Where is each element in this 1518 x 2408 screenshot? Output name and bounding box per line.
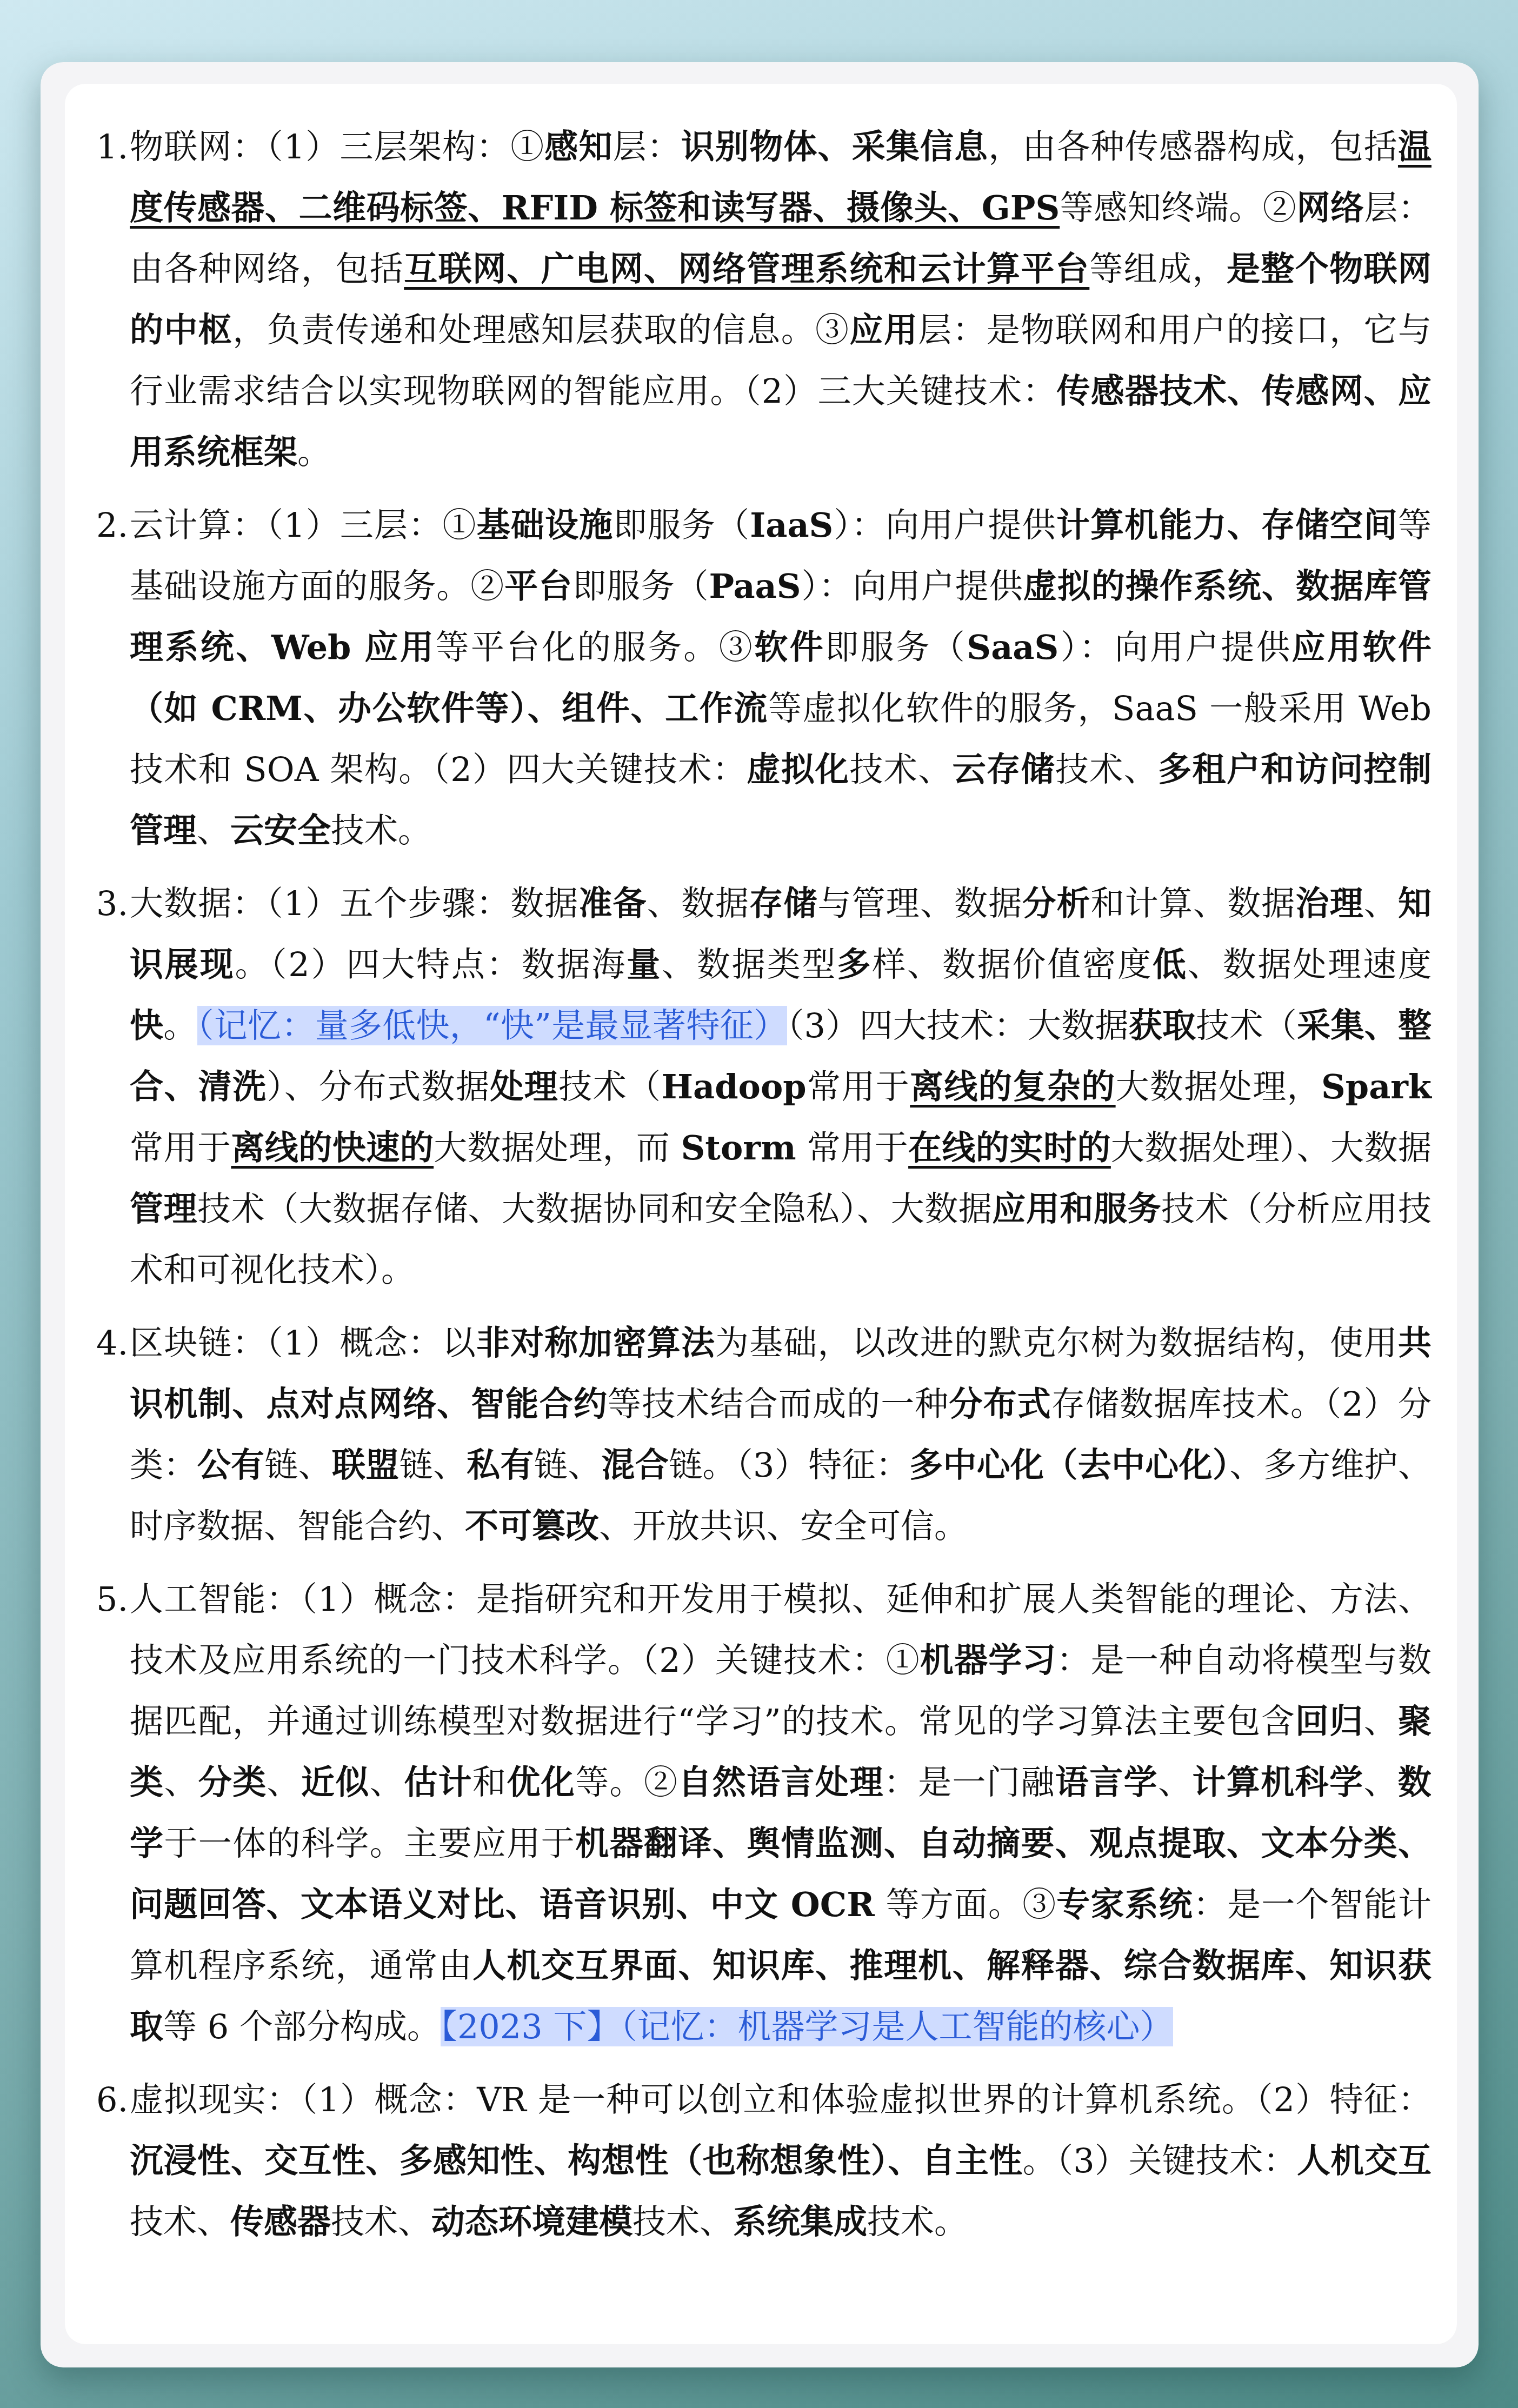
bold-term: 平台 bbox=[504, 566, 572, 606]
bold-term: 基础设施 bbox=[477, 505, 614, 545]
text-segment: 常用于 bbox=[796, 1128, 909, 1168]
item-number: 6. bbox=[96, 2069, 128, 2130]
bold-term: 传感器 bbox=[230, 2202, 331, 2242]
bold-term: 网络 bbox=[1296, 188, 1364, 228]
item-number: 4. bbox=[96, 1312, 128, 1373]
list-item-cloud-computing: 2.云计算：（1）三层：①基础设施即服务（IaaS）：向用户提供计算机能力、存储… bbox=[96, 495, 1432, 861]
bold-term: 治理 bbox=[1296, 884, 1364, 923]
text-segment: 为基础，以改进的默克尔树为数据结构，使用 bbox=[715, 1323, 1398, 1363]
bold-term: 准备 bbox=[578, 884, 647, 923]
text-segment: ）：向用户提供 bbox=[833, 505, 1056, 545]
bold-term: IaaS bbox=[750, 505, 833, 545]
bold-term: 管理 bbox=[130, 1189, 197, 1229]
text-segment: 、 bbox=[1364, 1702, 1398, 1741]
text-segment: 、数据类型 bbox=[662, 945, 837, 984]
item-body: 云计算：（1）三层：①基础设施即服务（IaaS）：向用户提供计算机能力、存储空间… bbox=[130, 505, 1432, 850]
text-segment: 技术、 bbox=[632, 2202, 733, 2242]
item-number: 1. bbox=[96, 116, 128, 177]
bold-term: 软件 bbox=[754, 628, 825, 667]
text-segment: （3）四大技术：大数据 bbox=[787, 1006, 1129, 1045]
highlighted-note: （记忆：量多低快，“快”是最显著特征） bbox=[197, 1006, 788, 1045]
bold-term: 云安全 bbox=[230, 811, 331, 850]
text-segment: 、 bbox=[370, 1763, 404, 1802]
bold-term: SaaS bbox=[967, 628, 1058, 667]
highlighted-note: 【2023 下】（记忆：机器学习是人工智能的核心） bbox=[441, 2007, 1174, 2046]
text-segment: 、 bbox=[1363, 1763, 1397, 1802]
text-segment: ）：向用户提供 bbox=[801, 566, 1023, 606]
bold-term: 近似 bbox=[301, 1763, 370, 1802]
bold-term: 分类 bbox=[198, 1763, 267, 1802]
text-segment: 即服务（ bbox=[825, 628, 967, 667]
bold-term: 机器学习 bbox=[920, 1640, 1057, 1680]
bold-term: 在线的实时的 bbox=[908, 1128, 1111, 1168]
text-segment: 大数据处理，而 bbox=[434, 1128, 681, 1168]
bold-term: 应用 bbox=[850, 310, 918, 350]
bold-term: 云存储 bbox=[953, 750, 1055, 789]
list-item-iot: 1.物联网：（1）三层架构：①感知层：识别物体、采集信息，由各种传感器构成，包括… bbox=[96, 116, 1432, 483]
bold-term: 感知 bbox=[544, 127, 612, 166]
text-segment: ，由各种传感器构成，包括 bbox=[988, 127, 1398, 166]
bold-term: 分布式 bbox=[949, 1384, 1051, 1424]
item-number: 5. bbox=[96, 1569, 128, 1630]
text-segment: 即服务（ bbox=[572, 566, 709, 606]
text-segment: 大数据处理）、大数据 bbox=[1111, 1128, 1432, 1168]
item-number: 2. bbox=[96, 495, 128, 556]
text-segment: 链、 bbox=[400, 1445, 467, 1485]
bold-term: 沉浸性、交互性、多感知性、构想性（也称想象性）、自主性 bbox=[130, 2141, 1023, 2180]
bold-term: Spark bbox=[1321, 1067, 1432, 1106]
item-body: 区块链：（1）概念：以非对称加密算法为基础，以改进的默克尔树为数据结构，使用共识… bbox=[130, 1323, 1432, 1546]
text-segment: 物联网：（1）三层架构：① bbox=[130, 127, 544, 166]
text-segment: 。（3）关键技术： bbox=[1023, 2141, 1297, 2180]
list-item-vr: 6.虚拟现实：（1）概念：VR 是一种可以创立和体验虚拟世界的计算机系统。（2）… bbox=[96, 2069, 1432, 2252]
text-segment: 链。（3）特征： bbox=[669, 1445, 909, 1485]
text-segment: 、数据 bbox=[647, 884, 749, 923]
bold-term: 非对称加密算法 bbox=[476, 1323, 715, 1363]
text-segment: 等平台化的服务。③ bbox=[436, 628, 755, 667]
text-segment: 和计算、数据 bbox=[1091, 884, 1296, 923]
text-segment: 。 bbox=[297, 432, 331, 472]
text-segment: 技术。 bbox=[867, 2202, 968, 2242]
bold-term: 低 bbox=[1153, 945, 1188, 984]
bold-term: 量 bbox=[627, 945, 662, 984]
bold-term: 混合 bbox=[601, 1445, 669, 1485]
bold-term: 专家系统 bbox=[1056, 1885, 1193, 1924]
bold-term: Hadoop bbox=[661, 1067, 806, 1106]
bold-term: 回归 bbox=[1295, 1702, 1364, 1741]
text-segment: ，负责传递和处理感知层获取的信息。③ bbox=[232, 310, 849, 350]
item-body: 人工智能：（1）概念：是指研究和开发用于模拟、延伸和扩展人类智能的理论、方法、技… bbox=[130, 1579, 1432, 2046]
knowledge-list: 1.物联网：（1）三层架构：①感知层：识别物体、采集信息，由各种传感器构成，包括… bbox=[96, 116, 1432, 2252]
bold-term: 语言学 bbox=[1055, 1763, 1158, 1802]
text-segment: 虚拟现实：（1）概念：VR 是一种可以创立和体验虚拟世界的计算机系统。（2）特征… bbox=[130, 2080, 1432, 2119]
text-segment: 等技术结合而成的一种 bbox=[608, 1384, 949, 1424]
bold-term: 虚拟化 bbox=[747, 750, 849, 789]
document-panel: 1.物联网：（1）三层架构：①感知层：识别物体、采集信息，由各种传感器构成，包括… bbox=[65, 84, 1457, 2344]
text-segment: 即服务（ bbox=[613, 505, 750, 545]
text-segment: 样、数据价值密度 bbox=[872, 945, 1153, 984]
item-body: 虚拟现实：（1）概念：VR 是一种可以创立和体验虚拟世界的计算机系统。（2）特征… bbox=[130, 2080, 1432, 2242]
text-segment: 大数据：（1）五个步骤：数据 bbox=[130, 884, 578, 923]
text-segment: 技术。 bbox=[331, 811, 431, 850]
bold-term: 应用和服务 bbox=[992, 1189, 1161, 1229]
bold-term: 分析 bbox=[1022, 884, 1090, 923]
text-segment: 常用于 bbox=[807, 1067, 910, 1106]
text-segment: 等感知终端。② bbox=[1060, 188, 1296, 228]
bold-term: 人机交互 bbox=[1297, 2141, 1432, 2180]
bold-term: 互联网、广电网、网络管理系统和云计算平台 bbox=[404, 249, 1089, 289]
text-segment: 、 bbox=[1364, 884, 1398, 923]
text-segment: 大数据处理， bbox=[1116, 1067, 1321, 1106]
text-segment: 、 bbox=[1158, 1763, 1192, 1802]
bold-term: 优化 bbox=[507, 1763, 575, 1802]
document-content: 1.物联网：（1）三层架构：①感知层：识别物体、采集信息，由各种传感器构成，包括… bbox=[96, 116, 1432, 2264]
text-segment: 、 bbox=[267, 1763, 301, 1802]
list-item-ai: 5.人工智能：（1）概念：是指研究和开发用于模拟、延伸和扩展人类智能的理论、方法… bbox=[96, 1569, 1432, 2057]
text-segment: 与管理、数据 bbox=[817, 884, 1022, 923]
bold-term: 估计 bbox=[404, 1763, 472, 1802]
text-segment: 、 bbox=[164, 1763, 198, 1802]
item-body: 大数据：（1）五个步骤：数据准备、数据存储与管理、数据分析和计算、数据治理、知识… bbox=[130, 884, 1432, 1290]
text-segment: 常用于 bbox=[130, 1128, 231, 1168]
text-segment: 等。② bbox=[575, 1763, 678, 1802]
text-segment: ）：向用户提供 bbox=[1058, 628, 1291, 667]
text-segment: 。 bbox=[163, 1006, 197, 1045]
item-number: 3. bbox=[96, 873, 128, 934]
bold-term: 计算机能力、存储空间 bbox=[1056, 505, 1398, 545]
text-segment: 链、 bbox=[264, 1445, 332, 1485]
text-segment: 。（2）四大特点：数据海 bbox=[235, 945, 627, 984]
bold-term: PaaS bbox=[709, 566, 801, 606]
outer-card: 1.物联网：（1）三层架构：①感知层：识别物体、采集信息，由各种传感器构成，包括… bbox=[41, 62, 1479, 2367]
text-segment: 、 bbox=[197, 811, 230, 850]
bold-term: 识别物体、采集信息 bbox=[681, 127, 988, 166]
text-segment: ：是一门融 bbox=[884, 1763, 1055, 1802]
text-segment: 于一体的科学。主要应用于 bbox=[164, 1824, 575, 1863]
bold-term: 多 bbox=[837, 945, 872, 984]
text-segment: 技术（大数据存储、大数据协同和安全隐私）、大数据 bbox=[197, 1189, 992, 1229]
text-segment: 云计算：（1）三层：① bbox=[130, 505, 477, 545]
bold-term: 公有 bbox=[197, 1445, 265, 1485]
text-segment: 等方面。③ bbox=[875, 1885, 1057, 1924]
text-segment: 层： bbox=[613, 127, 681, 166]
bold-term: 快 bbox=[130, 1006, 163, 1045]
bold-term: 不可篡改 bbox=[465, 1506, 599, 1546]
bold-term: 私有 bbox=[467, 1445, 534, 1485]
text-segment: 、开放共识、安全可信。 bbox=[599, 1506, 968, 1546]
bold-term: 离线的复杂的 bbox=[910, 1067, 1115, 1106]
text-segment: 技术、 bbox=[1055, 750, 1158, 789]
text-segment: 技术、 bbox=[849, 750, 952, 789]
bold-term: 多中心化（去中心化） bbox=[909, 1445, 1229, 1485]
text-segment: 、数据处理速度 bbox=[1188, 945, 1432, 984]
list-item-blockchain: 4.区块链：（1）概念：以非对称加密算法为基础，以改进的默克尔树为数据结构，使用… bbox=[96, 1312, 1432, 1557]
text-segment: 技术（ bbox=[1196, 1006, 1297, 1045]
item-body: 物联网：（1）三层架构：①感知层：识别物体、采集信息，由各种传感器构成，包括温度… bbox=[130, 127, 1432, 472]
text-segment: ）、分布式数据 bbox=[267, 1067, 490, 1106]
text-segment: 和 bbox=[472, 1763, 507, 1802]
bold-term: 离线的快速的 bbox=[231, 1128, 434, 1168]
text-segment: 技术（ bbox=[558, 1067, 661, 1106]
text-segment: 区块链：（1）概念：以 bbox=[130, 1323, 476, 1363]
bold-term: 处理 bbox=[490, 1067, 558, 1106]
text-segment: 技术、 bbox=[130, 2202, 230, 2242]
bold-term: 系统集成 bbox=[733, 2202, 867, 2242]
bold-term: Storm bbox=[681, 1128, 796, 1168]
text-segment: 等组成， bbox=[1089, 249, 1227, 289]
bold-term: 自然语言处理 bbox=[678, 1763, 883, 1802]
list-item-big-data: 3.大数据：（1）五个步骤：数据准备、数据存储与管理、数据分析和计算、数据治理、… bbox=[96, 873, 1432, 1300]
bold-term: 获取 bbox=[1129, 1006, 1196, 1045]
bold-term: 动态环境建模 bbox=[431, 2202, 632, 2242]
bold-term: 联盟 bbox=[332, 1445, 400, 1485]
bold-term: 计算机科学 bbox=[1192, 1763, 1363, 1802]
text-segment: 技术、 bbox=[331, 2202, 431, 2242]
bold-term: 存储 bbox=[749, 884, 817, 923]
text-segment: 等 6 个部分构成。 bbox=[163, 2007, 441, 2046]
text-segment: 链、 bbox=[534, 1445, 602, 1485]
